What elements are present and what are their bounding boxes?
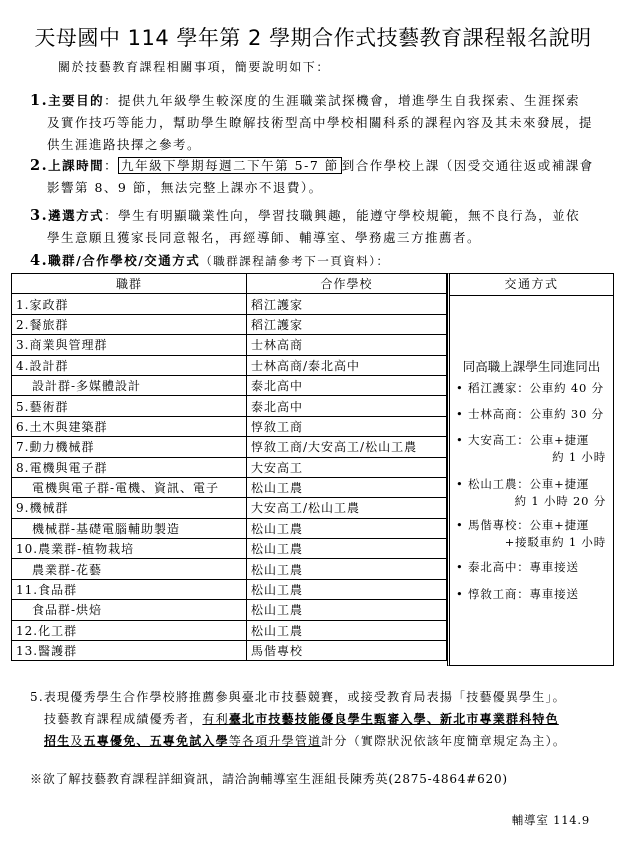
table-row: 機械群-基礎電腦輔助製造松山工農 xyxy=(12,518,447,538)
table-row: 9.機械群大安高工/松山工農 xyxy=(12,498,447,518)
section-text: ：學生有明顯職業性向，學習技職興趣，能遵守學校規範，無不良行為，並依 xyxy=(104,208,580,223)
section-note: （職群課程請參考下一頁資料）： xyxy=(200,254,389,268)
section-number: 2. xyxy=(30,157,48,174)
transport-item-text: • 士林高商：公車約 30 分 xyxy=(456,407,604,421)
section-number: 1. xyxy=(30,92,48,109)
school-cell: 大安高工 xyxy=(247,457,447,477)
section-schedule: 2.上課時間：九年級下學期每週二下午第 5-7 節到合作學校上課（因受交通往返或… xyxy=(30,155,594,199)
table-row: 3.商業與管理群士林高商 xyxy=(12,335,447,355)
school-cell: 惇敘工商 xyxy=(247,416,447,436)
transport-item-text: • 稻江護家：公車約 40 分 xyxy=(456,381,604,395)
section-text: 技藝教育課程成績優秀者， xyxy=(44,712,202,726)
transport-headline: 同高職上課學生同進同出 xyxy=(450,357,613,375)
school-cell: 泰北高中 xyxy=(247,375,447,395)
group-cell: 5.藝術群 xyxy=(12,396,247,416)
section-groups-heading: 4.職群/合作學校/交通方式（職群課程請參考下一頁資料）： xyxy=(30,250,390,272)
table-row: 食品群-烘焙松山工農 xyxy=(12,600,447,620)
subgroup-cell: 食品群-烘焙 xyxy=(12,600,247,620)
table-row: 13.醫護群馬偕專校 xyxy=(12,641,447,661)
school-cell: 松山工農 xyxy=(247,539,447,559)
transport-item-detail: +接駁車約 1 小時 xyxy=(456,534,606,551)
transport-item: • 稻江護家：公車約 40 分 xyxy=(456,380,604,397)
transport-item: • 士林高商：公車約 30 分 xyxy=(456,406,604,423)
transport-item-text: • 惇敘工商：專車接送 xyxy=(456,587,579,601)
table-row: 設計群-多媒體設計泰北高中 xyxy=(12,375,447,395)
group-cell: 6.土木與建築群 xyxy=(12,416,247,436)
group-cell: 13.醫護群 xyxy=(12,641,247,661)
table-row: 農業群-花藝松山工農 xyxy=(12,559,447,579)
section-text: 及實作技巧等能力，幫助學生瞭解技術型高中學校相關科系的課程內容及其未來發展，提 xyxy=(30,112,593,134)
page-title: 天母國中 114 學年第 2 學期合作式技藝教育課程報名說明 xyxy=(0,22,626,52)
group-cell: 1.家政群 xyxy=(12,294,247,314)
subgroup-cell: 農業群-花藝 xyxy=(12,559,247,579)
class-time-box: 九年級下學期每週二下午第 5-7 節 xyxy=(118,157,342,174)
school-cell: 松山工農 xyxy=(247,559,447,579)
section-text: 5.表現優秀學生合作學校將推薦參與臺北市技藝競賽，或接受教育局表揚「技藝優異學生… xyxy=(30,686,566,708)
section-text: 學生意願且獲家長同意報名，再經導師、輔導室、學務處三方推薦者。 xyxy=(30,227,580,249)
contact-footnote: ※欲了解技藝教育課程詳細資訊，請洽詢輔導室生涯組長陳秀英(2875-4864#6… xyxy=(30,770,508,787)
groups-table: 職群 合作學校 1.家政群稻江護家 2.餐旅群稻江護家 3.商業與管理群士林高商… xyxy=(11,273,447,661)
section-selection: 3.遴選方式：學生有明顯職業性向，學習技職興趣，能遵守學校規範，無不良行為，並依… xyxy=(30,205,580,249)
group-cell: 7.動力機械群 xyxy=(12,437,247,457)
underlined-text: 及 xyxy=(70,734,83,748)
transport-item-text: • 大安高工：公車+捷運 xyxy=(456,433,589,447)
underlined-text: 有利 xyxy=(202,712,228,726)
transport-item-text: • 松山工農：公車+捷運 xyxy=(456,477,589,491)
section-label: 職群/合作學校/交通方式 xyxy=(48,253,200,268)
table-row: 10.農業群-植物栽培松山工農 xyxy=(12,539,447,559)
table-row: 12.化工群松山工農 xyxy=(12,620,447,640)
section-label: 主要目的 xyxy=(48,93,104,108)
table-row: 4.設計群士林高商/泰北高中 xyxy=(12,355,447,375)
school-cell: 松山工農 xyxy=(247,620,447,640)
transport-item: • 松山工農：公車+捷運約 1 小時 20 分 xyxy=(456,476,606,510)
group-cell: 3.商業與管理群 xyxy=(12,335,247,355)
table-row: 7.動力機械群惇敘工商/大安高工/松山工農 xyxy=(12,437,447,457)
table-row: 6.土木與建築群惇敘工商 xyxy=(12,416,447,436)
header-group: 職群 xyxy=(12,274,247,294)
underlined-bold-text: 五專優免、五專免試入學 xyxy=(84,734,229,748)
section-number: 3. xyxy=(30,207,48,224)
school-cell: 泰北高中 xyxy=(247,396,447,416)
school-cell: 稻江護家 xyxy=(247,294,447,314)
table-row: 2.餐旅群稻江護家 xyxy=(12,314,447,334)
table-row: 5.藝術群泰北高中 xyxy=(12,396,447,416)
transport-item: • 泰北高中：專車接送 xyxy=(456,559,579,576)
section-text: ：提供九年級學生較深度的生涯職業試探機會，增進學生自我探索、生涯探索 xyxy=(104,93,580,108)
header-school: 合作學校 xyxy=(247,274,447,294)
transport-item: • 惇敘工商：專車接送 xyxy=(456,586,579,603)
subgroup-cell: 機械群-基礎電腦輔助製造 xyxy=(12,518,247,538)
group-cell: 11.食品群 xyxy=(12,579,247,599)
table-header-row: 職群 合作學校 xyxy=(12,274,447,294)
section-text: 供生涯進路抉擇之參考。 xyxy=(30,134,593,156)
section-number: 4. xyxy=(30,252,48,269)
underlined-text: 等各項升學管道 xyxy=(229,734,321,748)
transport-panel: 交通方式 同高職上課學生同進同出 • 稻江護家：公車約 40 分 • 士林高商：… xyxy=(447,273,614,666)
group-cell: 2.餐旅群 xyxy=(12,314,247,334)
section-purpose: 1.主要目的：提供九年級學生較深度的生涯職業試探機會，增進學生自我探索、生涯探索… xyxy=(30,90,593,156)
school-cell: 馬偕專校 xyxy=(247,641,447,661)
school-cell: 稻江護家 xyxy=(247,314,447,334)
transport-header: 交通方式 xyxy=(450,274,613,296)
school-cell: 惇敘工商/大安高工/松山工農 xyxy=(247,437,447,457)
section-label: 上課時間 xyxy=(48,158,104,173)
school-cell: 松山工農 xyxy=(247,518,447,538)
transport-item-detail: 約 1 小時 20 分 xyxy=(456,493,606,510)
group-cell: 12.化工群 xyxy=(12,620,247,640)
transport-item-text: • 泰北高中：專車接送 xyxy=(456,560,579,574)
intro-text: 關於技藝教育課程相關事項，簡要說明如下： xyxy=(58,58,330,75)
signature: 輔導室 114.9 xyxy=(512,812,590,828)
school-cell: 松山工農 xyxy=(247,477,447,497)
subgroup-cell: 設計群-多媒體設計 xyxy=(12,375,247,395)
table-row: 電機與電子群-電機、資訊、電子松山工農 xyxy=(12,477,447,497)
underlined-bold-text: 招生 xyxy=(44,734,70,748)
colon: ： xyxy=(104,158,118,173)
section-honors: 5.表現優秀學生合作學校將推薦參與臺北市技藝競賽，或接受教育局表揚「技藝優異學生… xyxy=(30,686,566,752)
school-cell: 士林高商 xyxy=(247,335,447,355)
underlined-bold-text: 臺北市技藝技能優良學生甄審入學、新北市專業群科特色 xyxy=(229,712,559,726)
group-cell: 8.電機與電子群 xyxy=(12,457,247,477)
school-cell: 大安高工/松山工農 xyxy=(247,498,447,518)
section-text: 到合作學校上課（因受交通往返或補課會 xyxy=(342,158,594,173)
transport-item-text: • 馬偕專校：公車+捷運 xyxy=(456,518,589,532)
table-row: 1.家政群稻江護家 xyxy=(12,294,447,314)
transport-item: • 馬偕專校：公車+捷運+接駁車約 1 小時 xyxy=(456,517,606,551)
group-cell: 9.機械群 xyxy=(12,498,247,518)
table-row: 11.食品群松山工農 xyxy=(12,579,447,599)
group-cell: 4.設計群 xyxy=(12,355,247,375)
transport-item-detail: 約 1 小時 xyxy=(456,449,606,466)
school-cell: 士林高商/泰北高中 xyxy=(247,355,447,375)
subgroup-cell: 電機與電子群-電機、資訊、電子 xyxy=(12,477,247,497)
transport-item: • 大安高工：公車+捷運約 1 小時 xyxy=(456,432,606,466)
section-text: 計分（實際狀況依該年度簡章規定為主）。 xyxy=(321,734,566,748)
school-cell: 松山工農 xyxy=(247,600,447,620)
school-cell: 松山工農 xyxy=(247,579,447,599)
section-text: 影響第 8、9 節，無法完整上課亦不退費）。 xyxy=(30,177,594,199)
table-row: 8.電機與電子群大安高工 xyxy=(12,457,447,477)
section-label: 遴選方式 xyxy=(48,208,104,223)
group-cell: 10.農業群-植物栽培 xyxy=(12,539,247,559)
